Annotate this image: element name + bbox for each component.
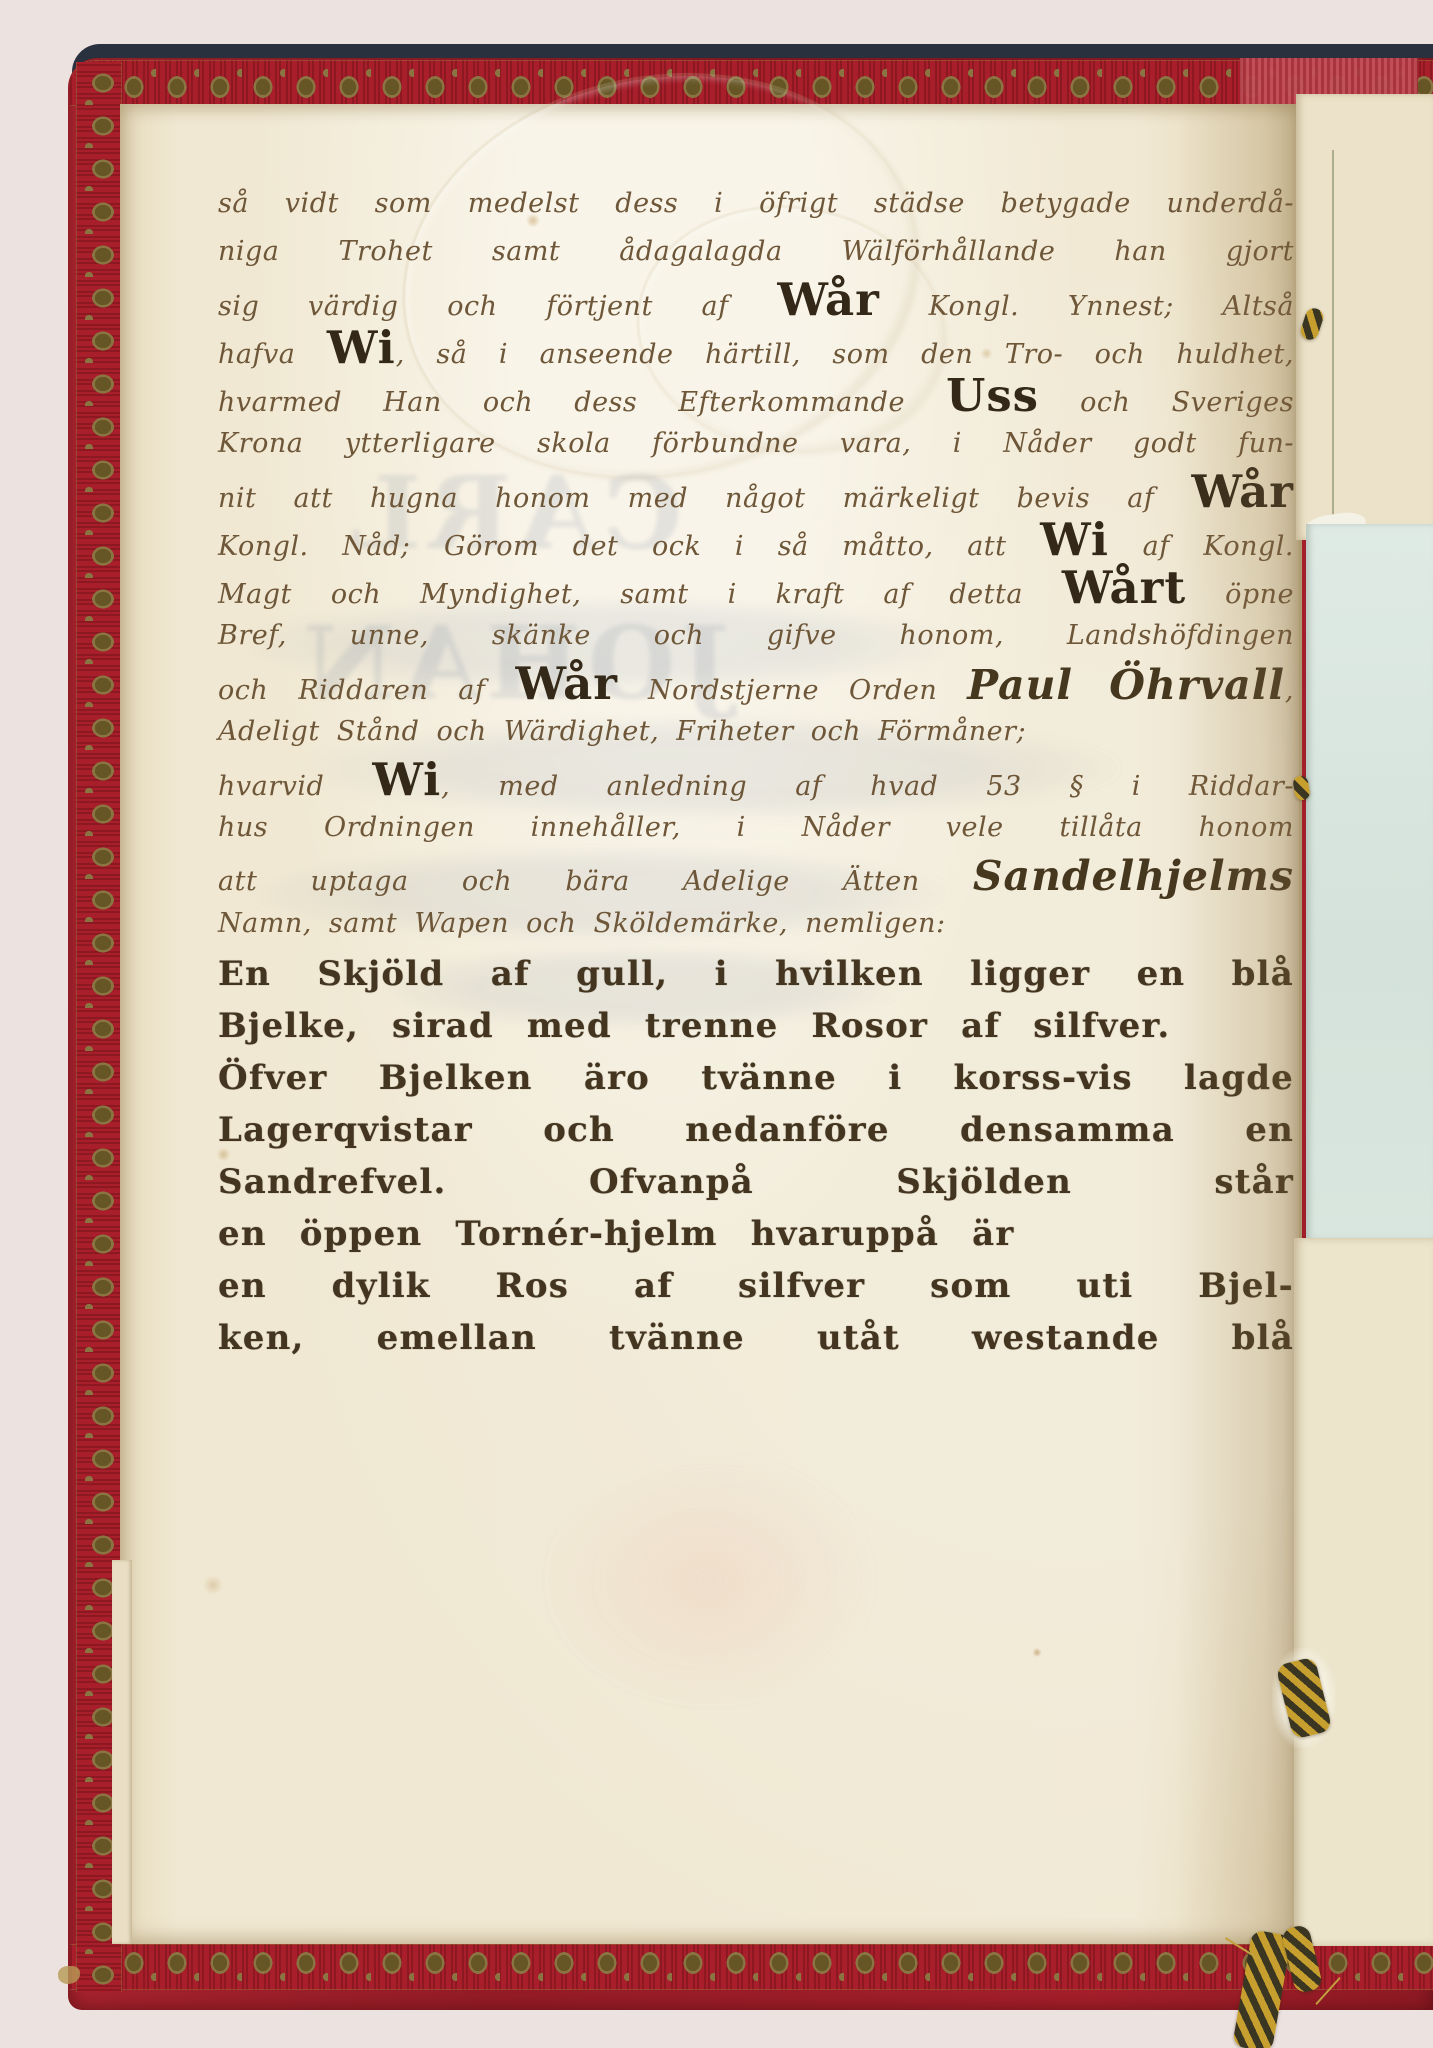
emphasized-text: Wi bbox=[327, 321, 396, 374]
manuscript-line: Adeligt Stånd och Wärdighet, Friheter oc… bbox=[218, 708, 1294, 756]
text-segment: nit att hugna honom med något märkeligt … bbox=[218, 483, 1192, 514]
emphasized-text: Wi bbox=[372, 753, 441, 806]
manuscript-line: hvarvid Wi, med anledning af hvad 53 § i… bbox=[218, 756, 1294, 804]
text-segment: att uptaga och bära Adelige Ätten bbox=[218, 866, 973, 897]
text-segment: Sandrefvel. Ofvanpå Skjölden står bbox=[218, 1162, 1294, 1202]
page-edge-cream-bottom bbox=[1294, 1238, 1433, 1946]
text-segment: , med anledning af hvad 53 § i Riddar- bbox=[441, 771, 1294, 802]
emphasized-text: Wårt bbox=[1062, 561, 1186, 614]
manuscript-line: nit att hugna honom med något märkeligt … bbox=[218, 468, 1294, 516]
emphasized-text: Wår bbox=[515, 657, 618, 710]
text-segment: hus Ordningen innehåller, i Nåder vele t… bbox=[218, 812, 1294, 843]
manuscript-line: Krona ytterligare skola förbundne vara, … bbox=[218, 420, 1294, 468]
text-segment: Bjelke, sirad med trenne Rosor af silfve… bbox=[218, 1006, 1170, 1046]
text-segment: , så i anseende härtill, som den Tro- oc… bbox=[396, 339, 1294, 370]
manuscript-scan: CARL JOHAN så vidt som medelst dess i öf… bbox=[0, 0, 1433, 2048]
manuscript-line: hus Ordningen innehåller, i Nåder vele t… bbox=[218, 804, 1294, 852]
text-segment: Bref, unne, skänke och gifve honom, Land… bbox=[218, 620, 1294, 651]
manuscript-line: ken, emellan tvänne utåt westande blå bbox=[218, 1312, 1294, 1364]
text-segment: hafva bbox=[218, 339, 327, 370]
manuscript-line: och Riddaren af Wår Nordstjerne Orden Pa… bbox=[218, 660, 1294, 708]
manuscript-line: hafva Wi, så i anseende härtill, som den… bbox=[218, 324, 1294, 372]
text-segment: Namn, samt Wapen och Sköldemärke, nemlig… bbox=[218, 908, 946, 939]
manuscript-line: en öppen Tornér-hjelm hvaruppå är bbox=[218, 1208, 1294, 1260]
manuscript-line: Namn, samt Wapen och Sköldemärke, nemlig… bbox=[218, 900, 1294, 948]
text-segment: en öppen Tornér-hjelm hvaruppå är bbox=[218, 1214, 1014, 1254]
manuscript-line: Magt och Myndighet, samt i kraft af dett… bbox=[218, 564, 1294, 612]
manuscript-line: En Skjöld af gull, i hvilken ligger en b… bbox=[218, 948, 1294, 1000]
text-segment: Kongl. Nåd; Görom det ock i så måtto, at… bbox=[218, 531, 1040, 562]
manuscript-line: så vidt som medelst dess i öfrigt städse… bbox=[218, 180, 1294, 228]
text-segment: och Riddaren af bbox=[218, 675, 515, 706]
pink-stain bbox=[540, 1450, 880, 1710]
page-edge-blue bbox=[1306, 524, 1433, 1240]
manuscript-line: en dylik Ros af silfver som uti Bjel- bbox=[218, 1260, 1294, 1312]
gold-tooled-border-bottom bbox=[70, 1944, 1433, 1990]
foxing-stain bbox=[1032, 1648, 1042, 1657]
manuscript-line: niga Trohet samt ådagalagda Wälförhållan… bbox=[218, 228, 1294, 276]
emphasized-text: Wår bbox=[777, 273, 880, 326]
manuscript-text: så vidt som medelst dess i öfrigt städse… bbox=[218, 180, 1294, 1364]
text-segment: Nordstjerne Orden bbox=[618, 675, 967, 706]
text-segment: Adeligt Stånd och Wärdighet, Friheter oc… bbox=[218, 716, 1026, 747]
manuscript-line: sig värdig och förtjent af Wår Kongl. Yn… bbox=[218, 276, 1294, 324]
manuscript-line: Bjelke, sirad med trenne Rosor af silfve… bbox=[218, 1000, 1294, 1052]
manuscript-line: att uptaga och bära Adelige Ätten Sandel… bbox=[218, 852, 1294, 900]
text-segment: hvarvid bbox=[218, 771, 372, 802]
manuscript-line: Öfver Bjelken äro tvänne i korss-vis lag… bbox=[218, 1052, 1294, 1104]
text-segment: Krona ytterligare skola förbundne vara, … bbox=[218, 428, 1294, 459]
text-segment: en dylik Ros af silfver som uti Bjel- bbox=[218, 1266, 1294, 1306]
text-segment: Öfver Bjelken äro tvänne i korss-vis lag… bbox=[218, 1058, 1294, 1098]
emphasized-text: Wi bbox=[1040, 513, 1109, 566]
text-segment: ken, emellan tvänne utåt westande blå bbox=[218, 1318, 1294, 1358]
emphasized-text: Uss bbox=[946, 369, 1039, 422]
manuscript-line: Sandrefvel. Ofvanpå Skjölden står bbox=[218, 1156, 1294, 1208]
under-sheet-edge bbox=[112, 1560, 132, 1944]
foxing-stain bbox=[202, 1576, 224, 1594]
text-segment: hvarmed Han och dess Efterkommande bbox=[218, 387, 946, 418]
text-segment: niga Trohet samt ådagalagda Wälförhållan… bbox=[218, 236, 1294, 267]
page-edge-rule-line bbox=[1332, 150, 1334, 530]
text-segment: så vidt som medelst dess i öfrigt städse… bbox=[218, 188, 1294, 219]
manuscript-line: Lagerqvistar och nedanföre densamma en bbox=[218, 1104, 1294, 1156]
text-segment: Lagerqvistar och nedanföre densamma en bbox=[218, 1110, 1294, 1150]
manuscript-line: Kongl. Nåd; Görom det ock i så måtto, at… bbox=[218, 516, 1294, 564]
text-segment: sig värdig och förtjent af bbox=[218, 291, 777, 322]
text-segment: En Skjöld af gull, i hvilken ligger en b… bbox=[218, 954, 1294, 994]
text-segment: Magt och Myndighet, samt i kraft af dett… bbox=[218, 579, 1062, 610]
manuscript-line: Bref, unne, skänke och gifve honom, Land… bbox=[218, 612, 1294, 660]
manuscript-line: hvarmed Han och dess Efterkommande Uss o… bbox=[218, 372, 1294, 420]
